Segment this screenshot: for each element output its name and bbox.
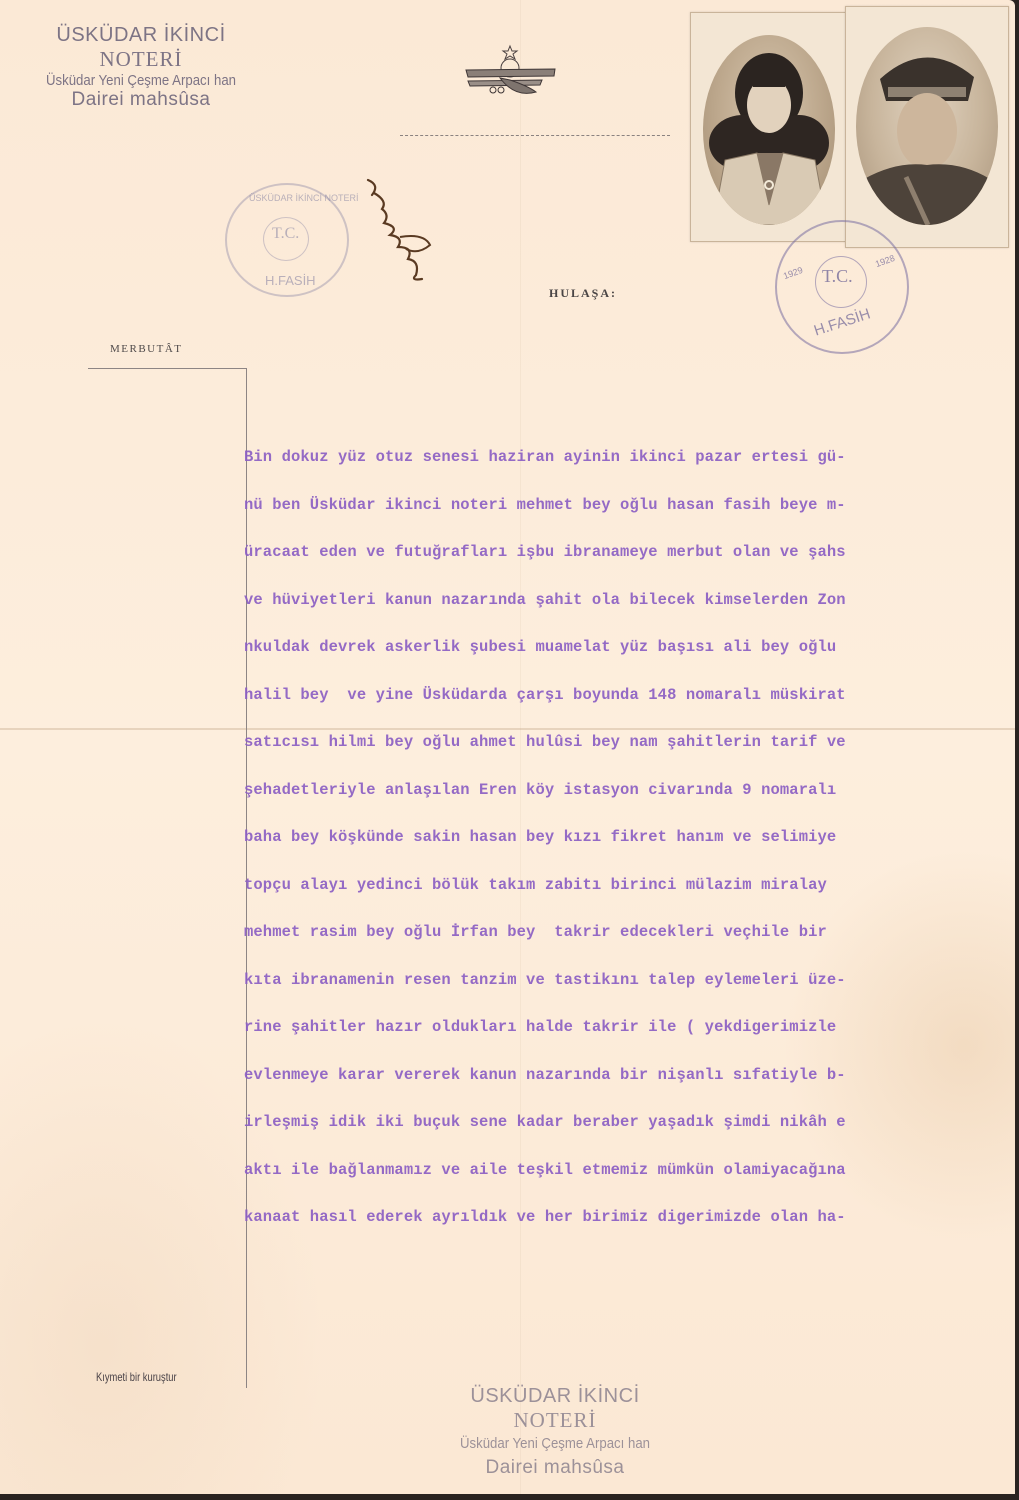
body-line: baha bey köşkünde sakin hasan bey kızı f…: [244, 823, 1004, 871]
seal-bottom-text: H.FASİH: [265, 273, 316, 288]
body-line: ve hüviyetleri kanun nazarında şahit ola…: [244, 586, 1004, 634]
attachments-rule: [88, 368, 246, 369]
seal-center-text: T.C.: [822, 266, 853, 287]
body-line: üracaat eden ve futuğrafları işbu ibrana…: [244, 538, 1004, 586]
round-notary-seal-right: T.C. 1929 1928 H.FASİH: [775, 220, 909, 354]
notary-footer-stamp: ÜSKÜDAR İKİNCİ NOTERİ Üsküdar Yeni Çeşme…: [410, 1384, 700, 1480]
body-line: irleşmiş idik iki buçuk sene kadar berab…: [244, 1108, 1004, 1156]
attachments-label: MERBUTÂT: [110, 343, 183, 355]
body-line: evlenmeye karar vererek kanun nazarında …: [244, 1061, 1004, 1109]
document-page: ÜSKÜDAR İKİNCİ NOTERİ Üsküdar Yeni Çeşme…: [0, 0, 1015, 1494]
stamp-line-3: Üsküdar Yeni Çeşme Arpacı han: [22, 72, 260, 89]
body-line: kanaat hasıl ederek ayrıldık ve her biri…: [244, 1203, 1004, 1251]
photo-woman: [690, 12, 847, 242]
body-line: halil bey ve yine Üsküdarda çarşı boyund…: [244, 681, 1004, 729]
stamp-line-3: Üsküdar Yeni Çeşme Arpacı han: [427, 1432, 682, 1456]
summary-label: HULAŞA:: [549, 286, 617, 301]
handwritten-signature: [360, 175, 440, 285]
officer-portrait-image: [856, 27, 998, 225]
dotted-rule: [400, 135, 670, 136]
body-line: aktı ile bağlanmamız ve aile teşkil etme…: [244, 1156, 1004, 1204]
body-line: şehadetleriyle anlaşılan Eren köy istasy…: [244, 776, 1004, 824]
stamp-line-1: ÜSKÜDAR İKİNCİ: [410, 1384, 700, 1408]
body-line: mehmet rasim bey oğlu İrfan bey takrir e…: [244, 918, 1004, 966]
stamp-line-4: Dairei mahsûsa: [410, 1456, 700, 1480]
stamp-line-2: NOTERİ: [6, 47, 276, 72]
body-line: topçu alayı yedinci bölük takım zabitı b…: [244, 871, 1004, 919]
body-line: nkuldak devrek askerlik şubesi muamelat …: [244, 633, 1004, 681]
body-line: satıcısı hilmi bey oğlu ahmet hulûsi bey…: [244, 728, 1004, 776]
body-line: kıta ibranamenin resen tanzim ve tastikı…: [244, 966, 1004, 1014]
notary-header-stamp: ÜSKÜDAR İKİNCİ NOTERİ Üsküdar Yeni Çeşme…: [6, 24, 276, 111]
stamp-line-2: NOTERİ: [410, 1408, 700, 1432]
stamp-line-1: ÜSKÜDAR İKİNCİ: [6, 24, 276, 47]
photo-officer: [845, 6, 1009, 248]
seal-bottom-text: H.FASİH: [812, 305, 873, 339]
typed-body-text: Bin dokuz yüz otuz senesi haziran ayinin…: [244, 443, 1004, 1251]
seal-top-text: ÜSKÜDAR İKİNCİ NOTERİ: [249, 193, 359, 203]
round-notary-seal-left: T.C. ÜSKÜDAR İKİNCİ NOTERİ H.FASİH: [225, 183, 349, 297]
body-line: rine şahitler hazır oldukları halde takr…: [244, 1013, 1004, 1061]
airplane-star-emblem-icon: [460, 44, 560, 104]
woman-portrait-image: [703, 35, 835, 225]
body-line: nü ben Üsküdar ikinci noteri mehmet bey …: [244, 491, 1004, 539]
seal-year-right: 1928: [874, 253, 896, 269]
body-line: Bin dokuz yüz otuz senesi haziran ayinin…: [244, 443, 1004, 491]
stamp-line-4: Dairei mahsûsa: [6, 89, 276, 111]
seal-center-text: T.C.: [272, 225, 299, 243]
value-note: Kıymeti bir kuruştur: [96, 1370, 177, 1384]
seal-year-left: 1929: [782, 265, 804, 281]
